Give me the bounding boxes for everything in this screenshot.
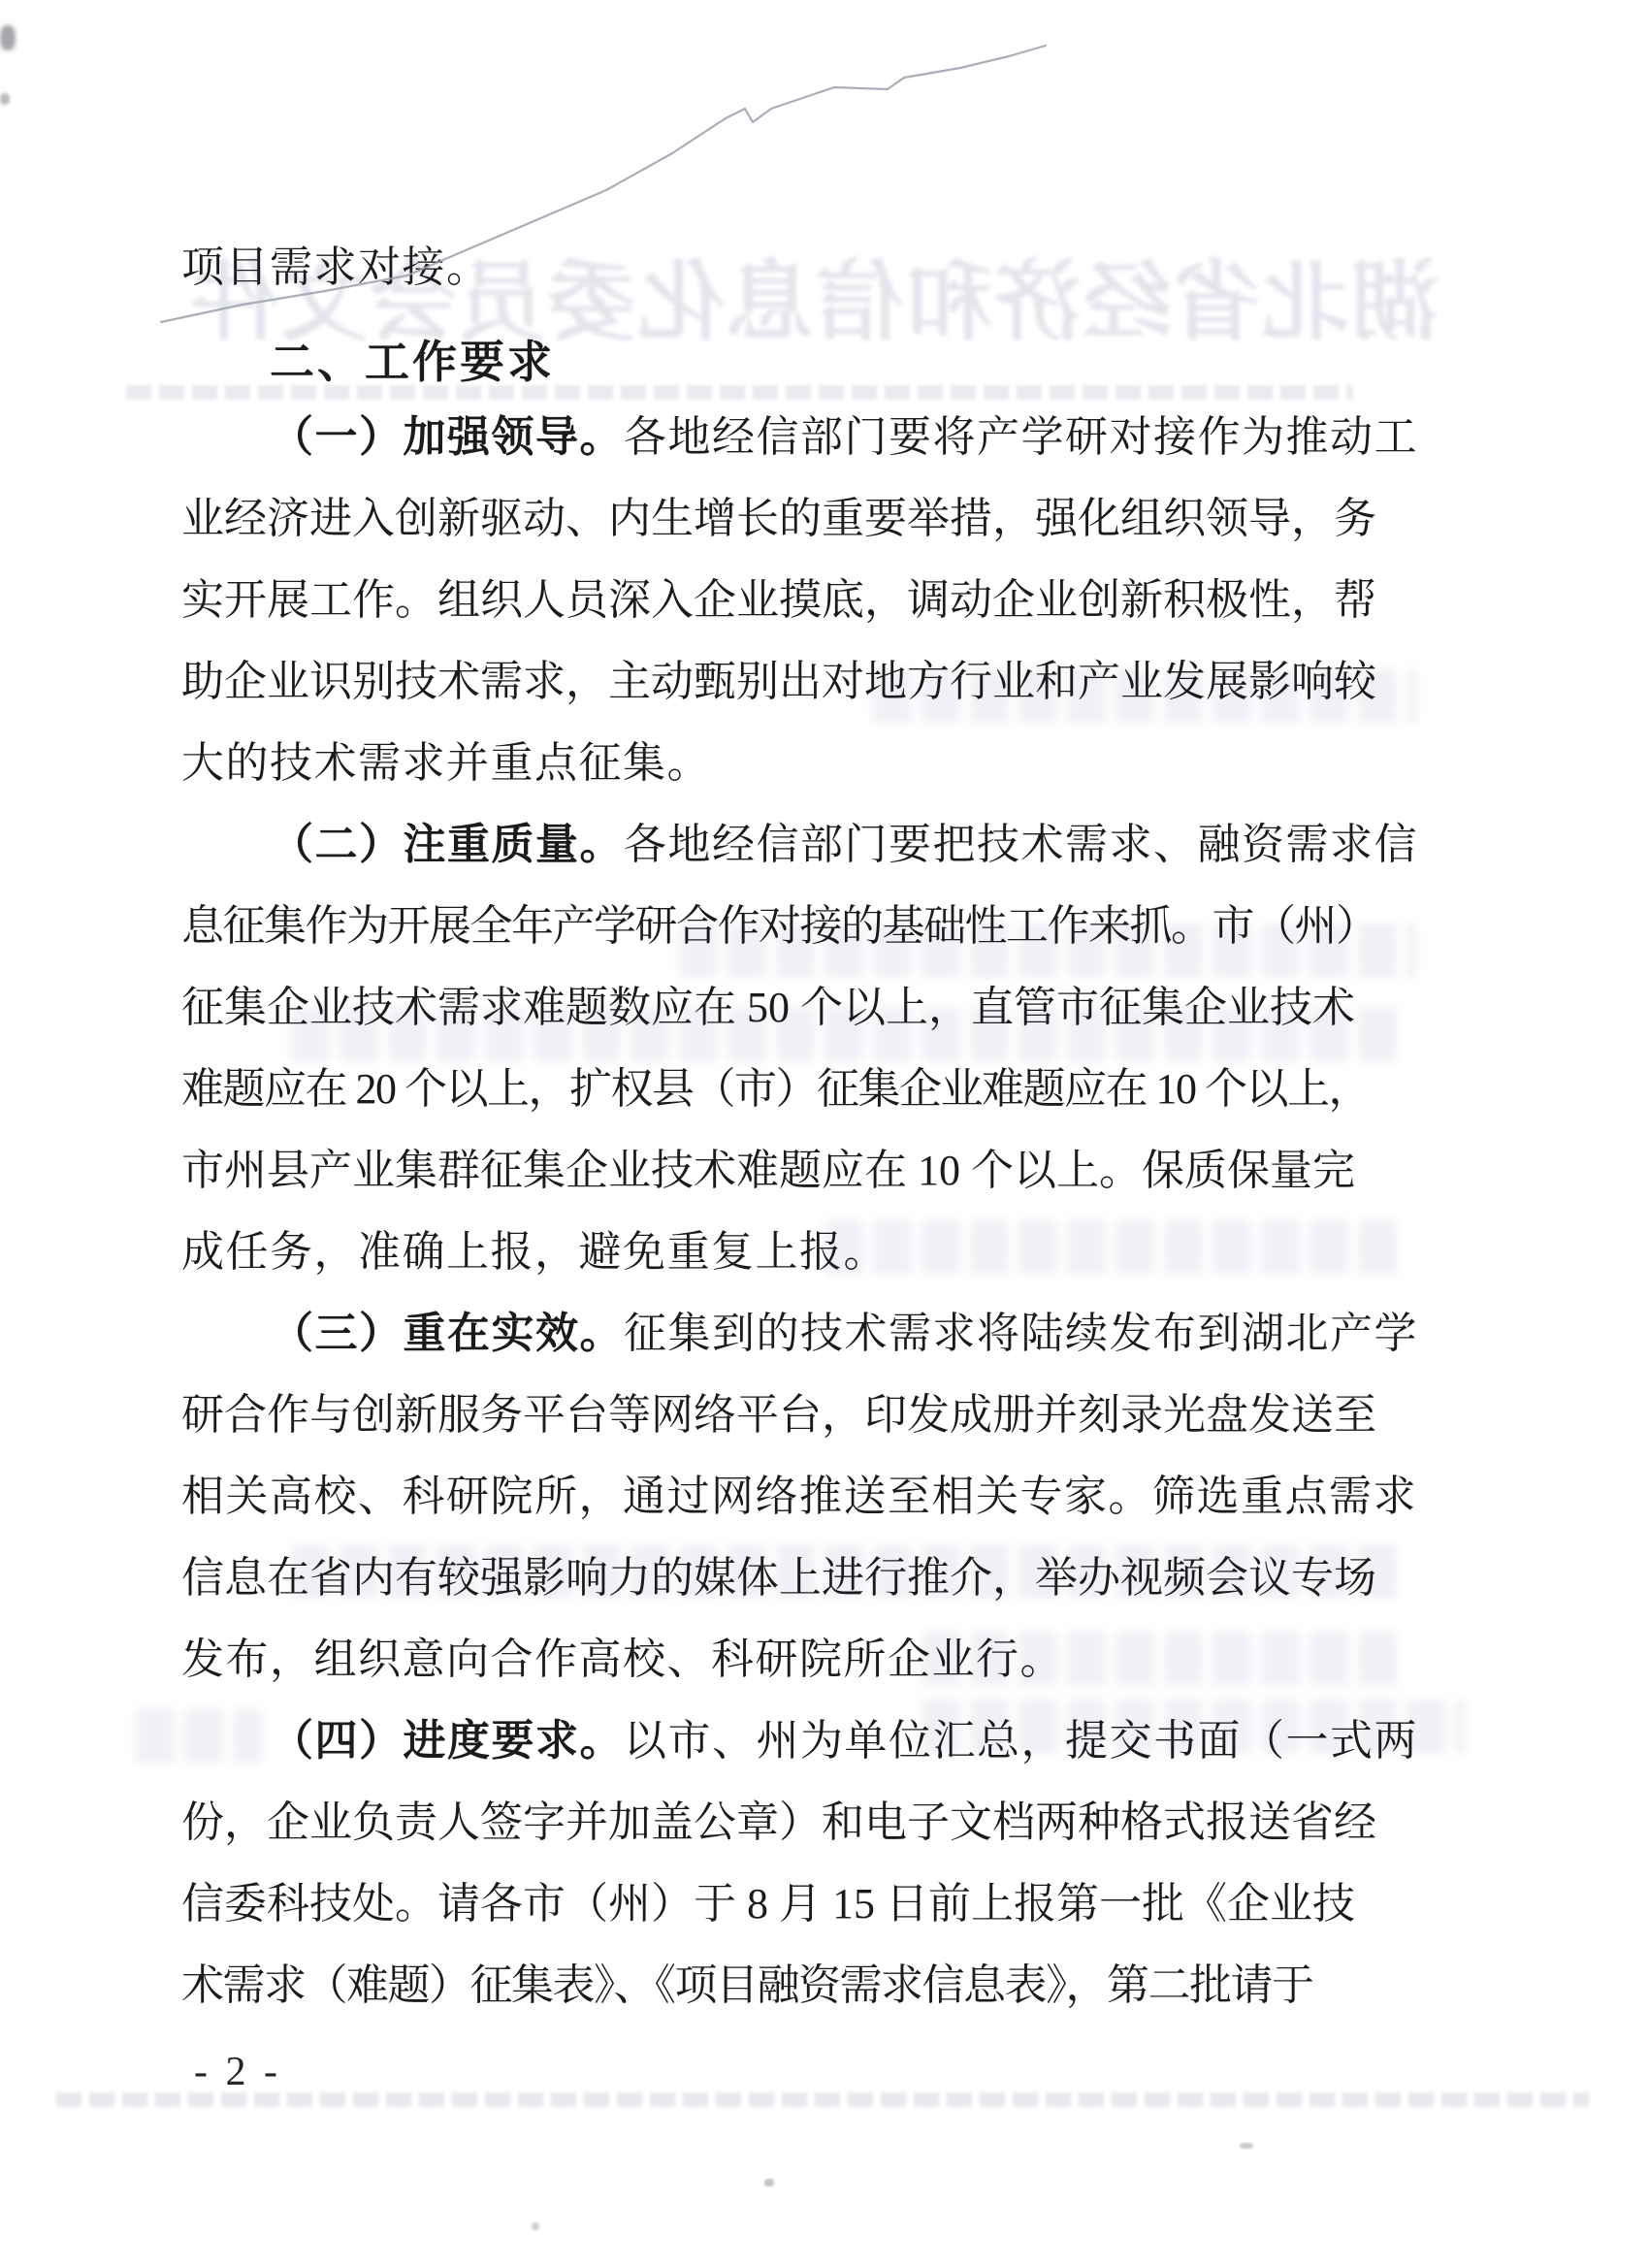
body-line: 业经济进入创新驱动、内生增长的重要举措，强化组织领导，务 bbox=[181, 494, 1384, 545]
page-number: - 2 - bbox=[194, 2049, 281, 2095]
body-line: 大的技术需求并重点征集。 bbox=[181, 738, 1384, 790]
body-line: 各地经信部门要将产学研对接作为推动工 bbox=[624, 413, 1418, 461]
body-line: 征集企业技术需求难题数应在 50 个以上，直管市征集企业技术 bbox=[181, 983, 1384, 1034]
paragraph-lead: （一）加强领导。 bbox=[271, 412, 624, 462]
body-line: 份，企业负责人签字并加盖公章）和电子文档两种格式报送省经 bbox=[181, 1798, 1384, 1849]
body-line: 信息在省内有较强影响力的媒体上进行推介，举办视频会议专场 bbox=[181, 1553, 1384, 1604]
body-line: 信委科技处。请各市（州）于 8 月 15 日前上报第一批《企业技 bbox=[181, 1879, 1384, 1930]
body-line: 难题应在 20 个以上，扩权县（市）征集企业难题应在 10 个以上， bbox=[181, 1064, 1384, 1116]
body-line: 成任务，准确上报，避免重复上报。 bbox=[181, 1227, 1384, 1279]
body-line: 征集到的技术需求将陆续发布到湖北产学 bbox=[624, 1310, 1418, 1357]
body-line: 以市、州为单位汇总，提交书面（一式两 bbox=[624, 1717, 1418, 1765]
bleedthrough-footer-band bbox=[56, 2092, 1589, 2107]
paragraph-first-line: （四）进度要求。以市、州为单位汇总，提交书面（一式两 bbox=[181, 1716, 1473, 1767]
paragraph-lead: （二）注重质量。 bbox=[271, 820, 624, 869]
intro-line: 项目需求对接。 bbox=[181, 243, 1384, 294]
scan-speck bbox=[764, 2179, 774, 2187]
body-line: 研合作与创新服务平台等网络平台，印发成册并刻录光盘发送至 bbox=[181, 1390, 1384, 1442]
body-line: 发布，组织意向合作高校、科研院所企业行。 bbox=[181, 1635, 1384, 1686]
scan-speck bbox=[1240, 2143, 1253, 2149]
section-heading: 二、工作要求 bbox=[270, 327, 555, 391]
body-line: 助企业识别技术需求，主动甄别出对地方行业和产业发展影响较 bbox=[181, 657, 1384, 708]
paragraph-first-line: （一）加强领导。各地经信部门要将产学研对接作为推动工 bbox=[181, 412, 1473, 464]
scan-edge-smudge bbox=[0, 25, 16, 50]
body-line: 实开展工作。组织人员深入企业摸底，调动企业创新积极性，帮 bbox=[181, 575, 1384, 627]
body-line: 息征集作为开展全年产学研合作对接的基础性工作来抓。市（州） bbox=[181, 901, 1384, 953]
scan-edge-smudge bbox=[0, 93, 10, 105]
scanned-document-page: 湖北省经济和信息化委员会文件 项目需求对接。 二、工作要求 （一）加强领导。各地… bbox=[0, 0, 1649, 2268]
paragraph-first-line: （三）重在实效。征集到的技术需求将陆续发布到湖北产学 bbox=[181, 1309, 1473, 1360]
body-line: 市州县产业集群征集企业技术难题应在 10 个以上。保质保量完 bbox=[181, 1146, 1384, 1197]
body-line: 相关高校、科研院所，通过网络推送至相关专家。筛选重点需求 bbox=[181, 1472, 1384, 1523]
paragraph-first-line: （二）注重质量。各地经信部门要把技术需求、融资需求信 bbox=[181, 820, 1473, 871]
paragraph-lead: （三）重在实效。 bbox=[271, 1309, 624, 1358]
body-line: 各地经信部门要把技术需求、融资需求信 bbox=[624, 821, 1418, 868]
body-line: 术需求（难题）征集表》、《项目融资需求信息表》，第二批请于 bbox=[181, 1960, 1384, 2012]
paragraph-lead: （四）进度要求。 bbox=[271, 1716, 624, 1766]
scan-speck bbox=[532, 2222, 539, 2230]
